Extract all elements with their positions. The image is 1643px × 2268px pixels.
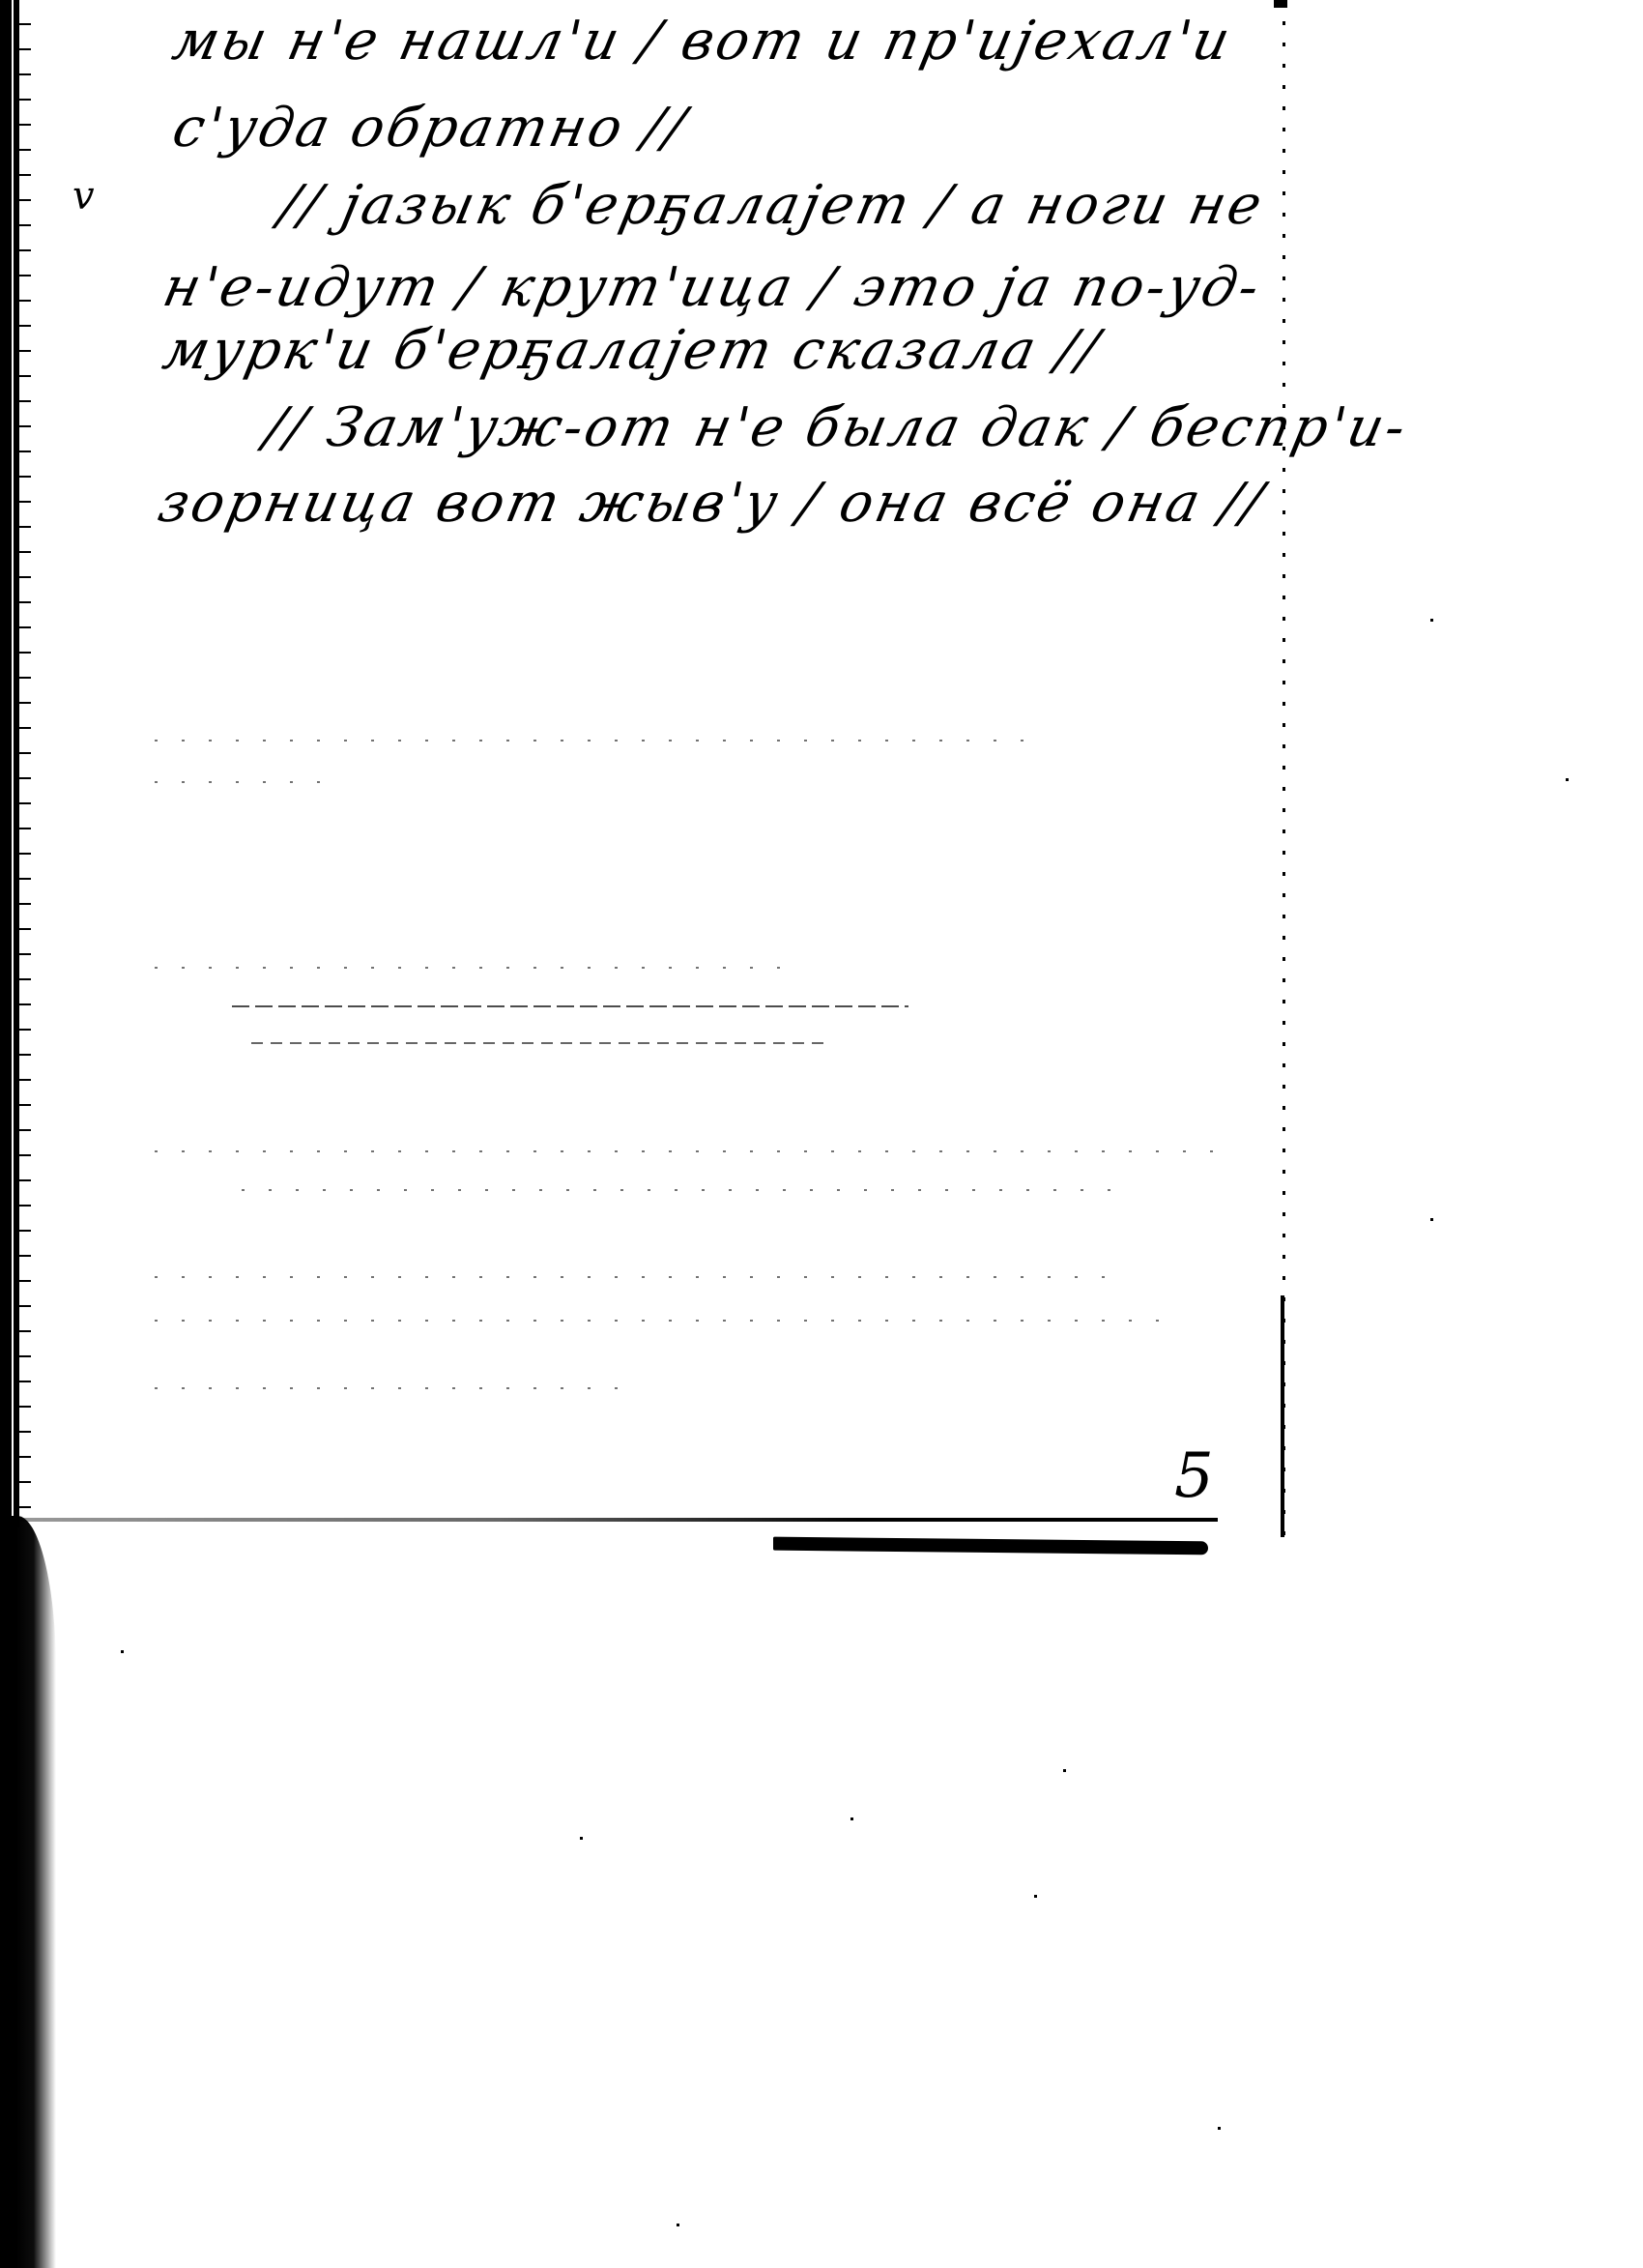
ruling-line <box>155 1387 638 1389</box>
ruling-line <box>155 967 783 969</box>
scan-speck <box>1034 1895 1037 1898</box>
scan-speck <box>1430 1218 1433 1221</box>
text-line-1: мы н'е нашл'и / вот и пр'ијехал'и <box>167 10 1238 73</box>
scanned-page: v мы н'е нашл'и / вот и пр'ијехал'и с'уд… <box>0 0 1643 2268</box>
binding-tick-marks <box>17 0 31 1527</box>
page-bottom-edge-shadow <box>773 1537 1208 1556</box>
text-line-3: // јазык б'ерҕалајет / а ноги не <box>274 174 1270 237</box>
margin-check-mark: v <box>72 174 95 218</box>
scan-speck <box>1566 778 1569 781</box>
text-line-4: н'е-идут / крут'ица / это ја по-уд- <box>158 256 1267 319</box>
text-line-6: // Зам'уж-от н'е была дак / беспр'и- <box>259 396 1414 459</box>
text-line-2: с'уда обратно // <box>167 97 693 160</box>
ruling-line <box>155 1276 1121 1278</box>
page-number: 5 <box>1174 1440 1214 1512</box>
scan-speck <box>677 2224 679 2226</box>
ruling-line <box>155 740 1024 741</box>
page-right-edge-solid <box>1281 1295 1284 1537</box>
scan-speck <box>1430 619 1433 622</box>
ruling-line <box>155 1320 1169 1322</box>
scan-speck <box>121 1650 124 1653</box>
text-line-5: мурк'и б'ерҕалајет сказала // <box>158 319 1107 382</box>
ruling-line <box>251 1042 831 1044</box>
scan-speck <box>850 1817 853 1820</box>
ruling-line <box>155 1150 1218 1152</box>
scan-speck <box>1063 1769 1066 1772</box>
ruling-line <box>155 781 329 783</box>
binding-edge <box>0 0 12 1527</box>
scan-speck <box>580 1837 583 1840</box>
ruling-line <box>232 1005 908 1007</box>
ruling-line <box>242 1189 1111 1191</box>
page-bottom-edge <box>19 1518 1218 1522</box>
text-line-7: зорница вот жыв'у / она всё она // <box>153 472 1271 535</box>
scan-shadow-blob <box>0 1516 56 2268</box>
scan-speck <box>1218 2127 1221 2130</box>
